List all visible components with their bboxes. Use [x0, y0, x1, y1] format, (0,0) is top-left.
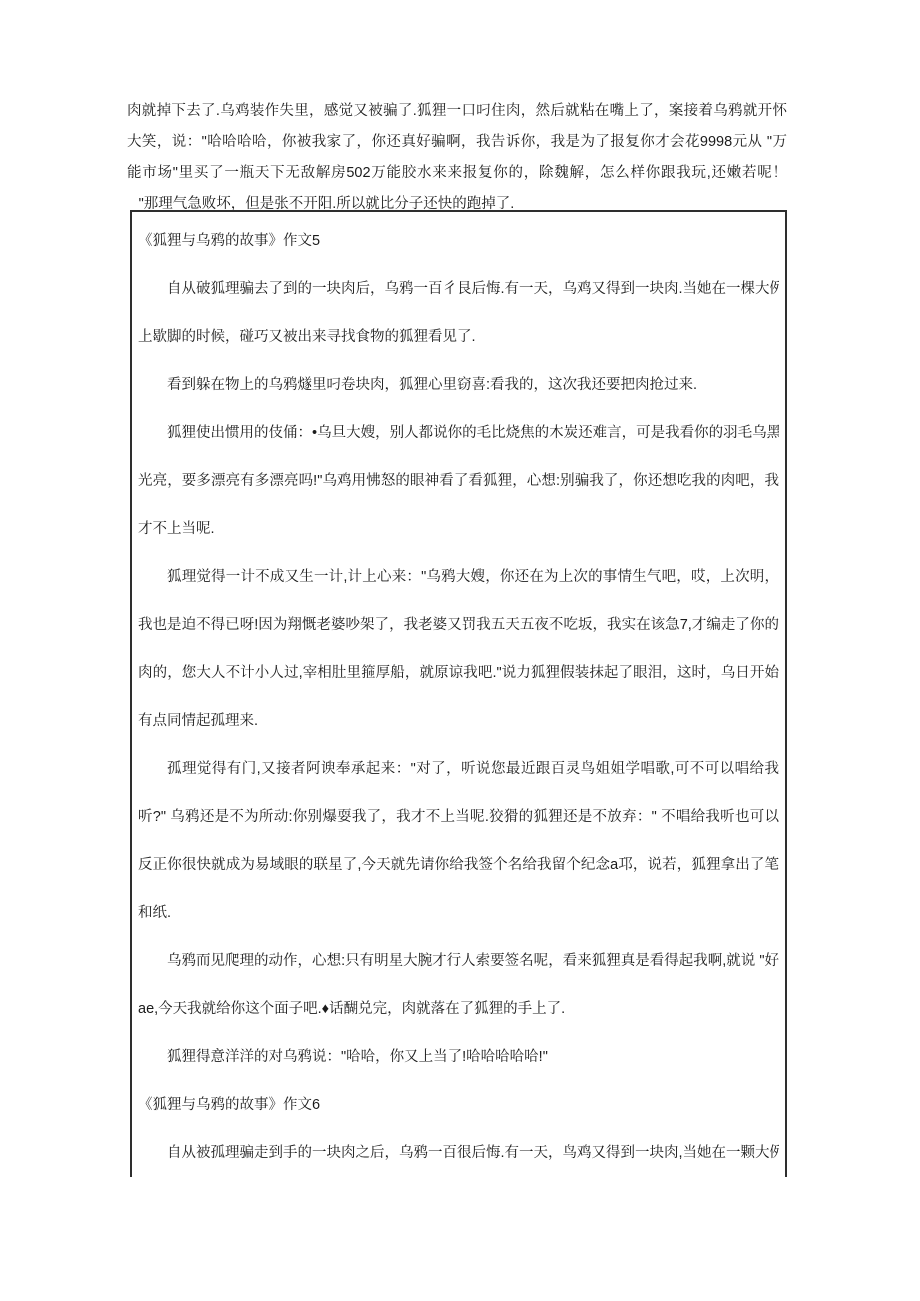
text-line: 我也是迫不得已呀!因为翔慨老婆吵架了，我老婆又罚我五天五夜不吃坂，我实在该急7,…	[138, 601, 779, 649]
text-line: 狐理觉得一计不成又生一计,计上心来："乌鸦大嫂，你还在为上次的事情生气吧，哎，上…	[138, 553, 779, 601]
text-line: 狐狸得意洋洋的对乌鸦说："哈哈，你又上当了!哈哈哈哈哈!"	[138, 1033, 779, 1081]
text-line: 能市场"里买了一瓶天下无敌解房502万能胶水来来报复你的，除魏解，怎么样你跟我玩…	[127, 158, 787, 189]
text-line: 上歇脚的时候，碰巧又被出来寻找食物的狐狸看见了.	[138, 313, 779, 361]
text-line: 看到躲在物上的乌鸦燧里叼卷块肉，狐狸心里窃喜:看我的，这次我还要把肉抢过来.	[138, 361, 779, 409]
text-line: 光亮，要多漂亮有多漂亮吗!"乌鸡用怫怒的眼神看了看狐狸，心想:别骗我了，你还想吃…	[138, 457, 779, 505]
text-line: 才不上当呢.	[138, 505, 779, 553]
text-line: 有点同情起孤理来.	[138, 697, 779, 745]
text-line: 自从被孤理骗走到手的一块肉之后，乌鸦一百很后悔.有一天，鸟鸡又得到一块肉,当她在…	[138, 1129, 779, 1177]
text-line: 反正你很快就成为易域眼的联星了,今天就先请你给我签个名给我留个纪念a邛，说若，狐…	[138, 841, 779, 889]
essay-heading-6: 《狐狸与乌鸦的故事》作文6	[138, 1081, 779, 1129]
text-line: 孤理觉得有门,又接者阿谀奉承起来："对了，听说您最近跟百灵鸟姐姐学唱歌,可不可以…	[138, 745, 779, 793]
text-line: 肉的，您大人不计小人过,宰相肚里箍厚船，就原谅我吧."说力狐狸假装抹起了眼泪，这…	[138, 649, 779, 697]
text-line: ae,今天我就给你这个面子吧.♦话醐兑完，肉就落在了狐狸的手上了.	[138, 985, 779, 1033]
essay-heading-5: 《狐狸与乌鸦的故事》作文5	[138, 217, 779, 265]
text-line: 自从破狐理骗去了到的一块肉后，乌鸦一百彳艮后悔.有一天，乌鸡又得到一块肉.当她在…	[138, 265, 779, 313]
essay-bordered-box: 《狐狸与乌鸦的故事》作文5 自从破狐理骗去了到的一块肉后，乌鸦一百彳艮后悔.有一…	[130, 210, 787, 1177]
text-line: 乌鸦而见爬理的动作，心想:只有明星大腕才行人索要签名呢，看来狐狸真是看得起我啊,…	[138, 937, 779, 985]
text-line: 肉就掉下去了.乌鸡装作失里，感觉又被骗了.狐狸一口叼住肉，然后就粘在嘴上了，案接…	[127, 96, 787, 127]
text-line: 听?" 乌鸦还是不为所动:你别爆耍我了，我才不上当呢.狡猾的狐狸还是不放弃：" …	[138, 793, 779, 841]
text-line: 大笑，说："哈哈哈哈，你被我家了，你还真好骗啊，我告诉你，我是为了报复你才会花9…	[127, 127, 787, 158]
text-line: 和纸.	[138, 889, 779, 937]
text-line: 狐狸使出惯用的伎俑：•乌旦大嫂，别人都说你的毛比烧焦的木炭还难言，可是我看你的羽…	[138, 409, 779, 457]
paragraph-intro: 肉就掉下去了.乌鸡装作失里，感觉又被骗了.狐狸一口叼住肉，然后就粘在嘴上了，案接…	[127, 96, 787, 220]
